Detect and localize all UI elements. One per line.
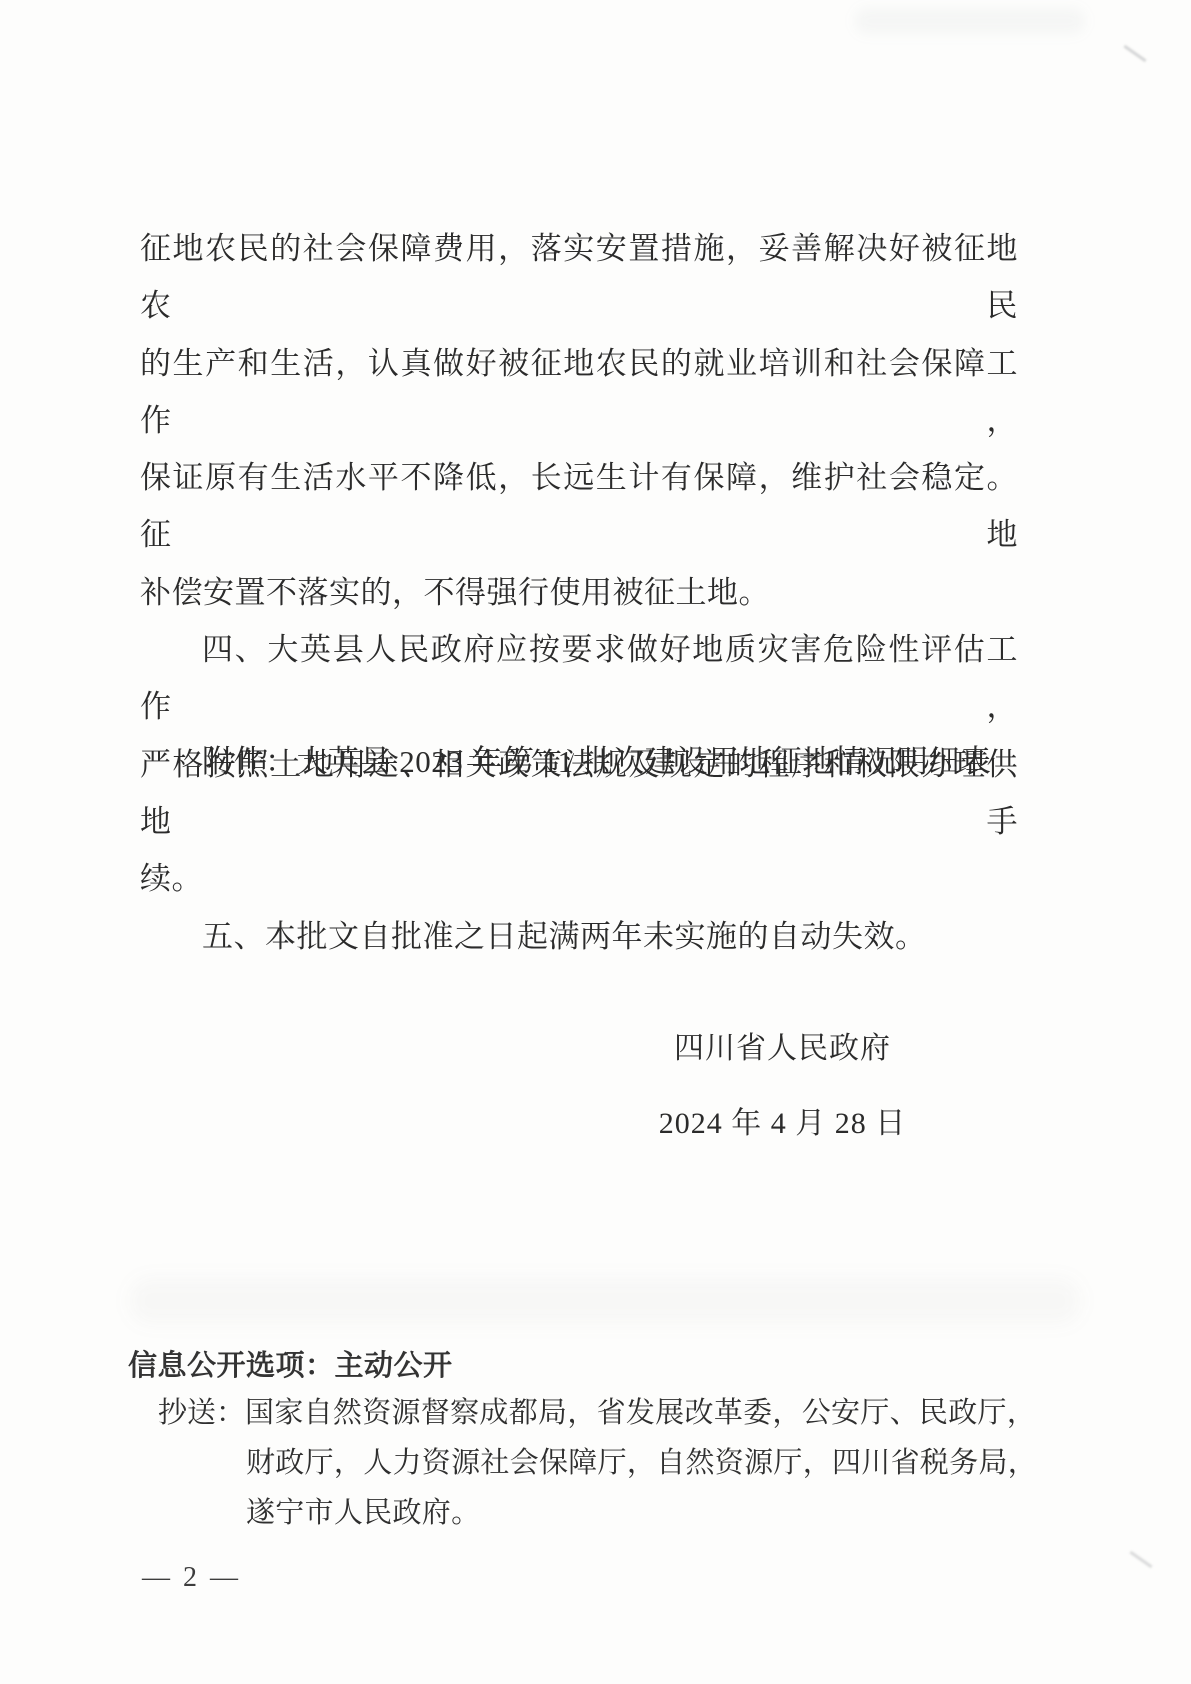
scan-artifact <box>1123 45 1146 62</box>
scan-artifact <box>855 8 1085 34</box>
scanned-document-page: 征地农民的社会保障费用，落实安置措施，妥善解决好被征地农民 的生产和生活，认真做… <box>0 0 1191 1684</box>
body-line-item5: 五、本批文自批准之日起满两年未实施的自动失效。 <box>140 908 1018 965</box>
body-line: 征地农民的社会保障费用，落实安置措施，妥善解决好被征地农民 <box>140 220 1018 335</box>
document-body: 征地农民的社会保障费用，落实安置措施，妥善解决好被征地农民 的生产和生活，认真做… <box>140 220 1018 965</box>
body-line-item4: 四、大英县人民政府应按要求做好地质灾害危险性评估工作， <box>140 621 1018 736</box>
body-line: 补偿安置不落实的，不得强行使用被征土地。 <box>140 564 1018 621</box>
signature-block: 四川省人民政府 2024 年 4 月 28 日 <box>615 1028 950 1144</box>
attachment-line: 附件：大英县 2023 年第 11 批次建设用地征地情况明细表 <box>202 742 991 782</box>
scan-artifact <box>1129 1551 1152 1568</box>
body-line: 的生产和生活，认真做好被征地农民的就业培训和社会保障工作， <box>140 335 1018 450</box>
cc-line: 遂宁市人民政府。 <box>246 1488 1037 1538</box>
body-line-item4: 续。 <box>140 850 1018 907</box>
cc-line: 国家自然资源督察成都局，省发展改革委，公安厅、民政厅， <box>245 1388 1036 1438</box>
page-number: — 2 — <box>142 1562 241 1594</box>
body-line: 保证原有生活水平不降低，长远生计有保障，维护社会稳定。征地 <box>140 449 1018 564</box>
scan-artifact <box>130 1278 1080 1324</box>
cc-line: 财政厅，人力资源社会保障厅，自然资源厅，四川省税务局， <box>246 1438 1037 1488</box>
signature-date: 2024 年 4 月 28 日 <box>615 1104 950 1144</box>
issuing-authority: 四川省人民政府 <box>615 1028 950 1070</box>
cc-row: 抄送： 国家自然资源督察成都局，省发展改革委，公安厅、民政厅， <box>158 1388 1037 1438</box>
cc-block: 抄送： 国家自然资源督察成都局，省发展改革委，公安厅、民政厅， 财政厅，人力资源… <box>158 1388 1037 1538</box>
disclosure-option-line: 信息公开选项：主动公开 <box>128 1346 453 1386</box>
cc-label: 抄送： <box>158 1388 245 1438</box>
